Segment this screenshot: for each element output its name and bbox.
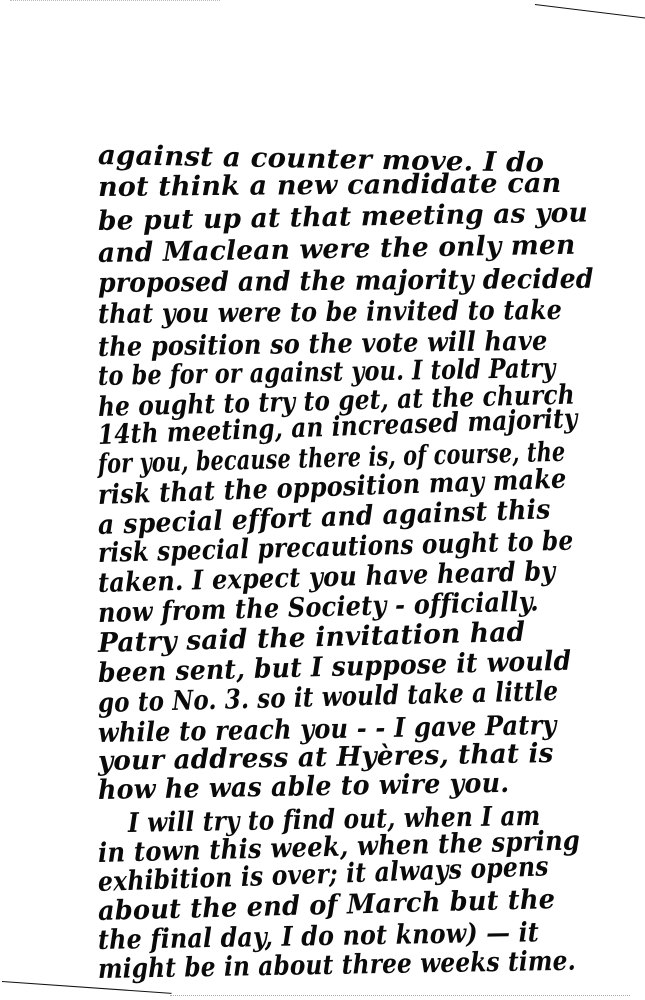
letter-line: how he was able to wire you. (98, 768, 510, 806)
handwritten-letter-body: against a counter move. I do not think a… (0, 0, 645, 1000)
letter-line: that you were to be invited to take (98, 295, 562, 330)
letter-line: not think a new candidate can (98, 168, 562, 203)
scanned-letter-page: against a counter move. I do not think a… (0, 0, 645, 1000)
scan-edge-marks-bottom (170, 995, 630, 998)
letter-line: proposed and the majority decided (98, 264, 594, 299)
